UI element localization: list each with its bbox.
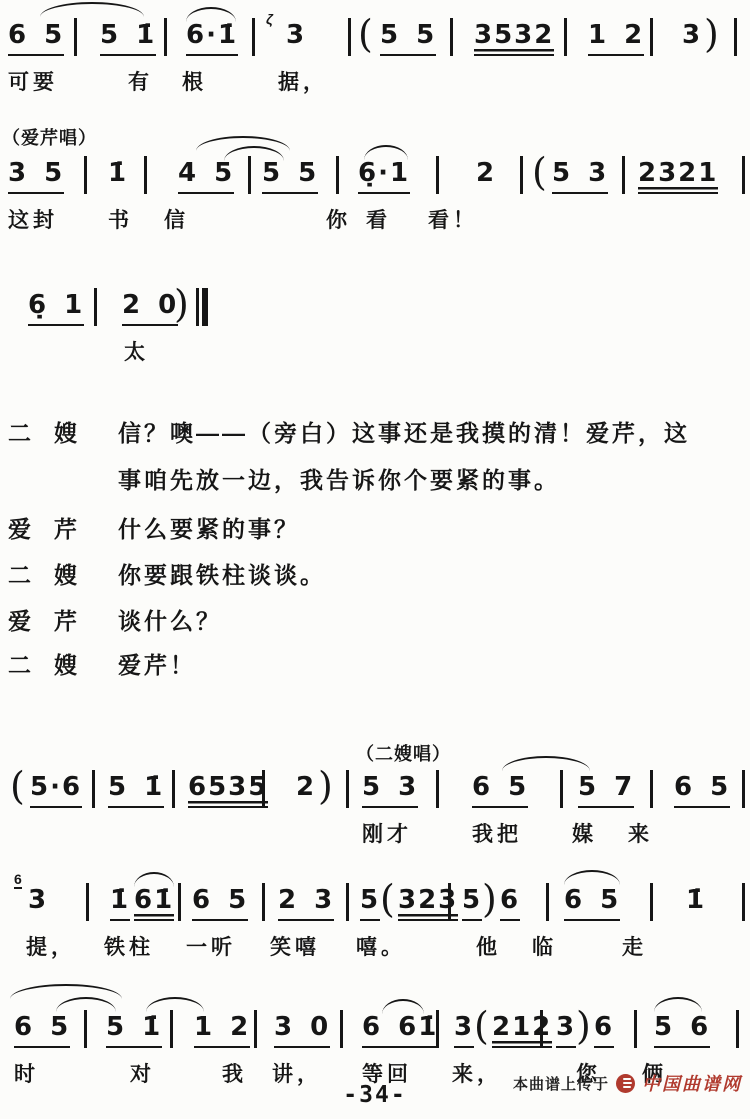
barline <box>84 156 87 194</box>
barline <box>564 18 567 56</box>
barline <box>92 770 95 808</box>
note-group: 5 7 <box>578 772 634 808</box>
slur-arc <box>502 756 590 771</box>
watermark-prefix-text: 本曲谱上传于 <box>513 1073 609 1094</box>
lyric-text: 铁柱 <box>104 931 154 961</box>
lyric-text: 走 <box>622 931 647 961</box>
barline <box>734 18 737 56</box>
system-1: 6 55 1̇6·1̇ζ3(5 535321 23)可要有根据， <box>0 20 750 104</box>
barline <box>650 18 653 56</box>
barline <box>254 1010 257 1048</box>
note-group: 6 5 <box>8 20 64 56</box>
dialogue-text: 谈什么？ <box>118 603 222 636</box>
note-group: 6 5 <box>564 885 620 921</box>
note-group: 6̣·1 <box>358 158 410 194</box>
lyric-text: 书 <box>108 204 133 234</box>
music-paren: ) <box>576 1005 591 1047</box>
slur-arc <box>382 999 424 1014</box>
note-group: 3532 <box>474 20 554 56</box>
singer-label: （爱芹唱） <box>2 124 97 150</box>
lyric-text: 嘻。 <box>356 931 406 961</box>
singer-label: （二嫂唱） <box>356 740 451 766</box>
barline <box>520 156 523 194</box>
barline <box>248 156 251 194</box>
final-barline <box>196 288 208 326</box>
dialogue-row: 爱 芹谈什么？ <box>0 603 750 643</box>
barline <box>436 156 439 194</box>
sheet-music-page: 6 55 1̇6·1̇ζ3(5 535321 23)可要有根据，3 51̇4 5… <box>0 0 750 1119</box>
music-paren: ( <box>10 765 25 807</box>
note-group: 5 <box>462 885 482 921</box>
dialogue-text: 事咱先放一边，我告诉你个要紧的事。 <box>118 462 560 495</box>
lyric-text: 据， <box>278 66 328 96</box>
note-group: 1̇ <box>108 158 128 194</box>
music-paren: ( <box>474 1005 489 1047</box>
barline <box>742 883 745 921</box>
barline <box>252 18 255 56</box>
note-group: 3 <box>556 1012 576 1048</box>
system-2: 3 51̇4 55 56̣·12(5 32321这封书信你看看！（爱芹唱） <box>0 158 750 242</box>
barline <box>560 770 563 808</box>
note-group: 1̇ <box>686 885 706 921</box>
note-group: 6 5 <box>674 772 730 808</box>
lyric-text: 可要 <box>8 66 58 96</box>
slur-arc <box>364 145 408 160</box>
note-group: 61̇ <box>134 885 174 921</box>
speaker-name: 二 嫂 <box>8 647 77 680</box>
note-group: 1̇ <box>110 885 130 921</box>
lyric-text: 提， <box>26 931 76 961</box>
barline <box>622 156 625 194</box>
barline <box>736 1010 739 1048</box>
lyric-text: 看 <box>366 204 391 234</box>
speaker-name: 爱 芹 <box>8 603 77 636</box>
note-group: 2 0 <box>122 290 178 326</box>
dialogue-row: 二 嫂爱芹！ <box>0 647 750 687</box>
note-group: 6·1̇ <box>186 20 238 56</box>
note-group: 6 <box>594 1012 614 1048</box>
note-group: 5·6 <box>30 772 82 808</box>
note-group: 6 5 <box>192 885 248 921</box>
slur-arc <box>40 2 144 17</box>
note-group: 5 1̇ <box>108 772 164 808</box>
note-group: 6 61̇ <box>362 1012 438 1048</box>
system-3: 6̣ 12 0)太 <box>0 290 750 374</box>
watermark: 本曲谱上传于 中国曲谱网 <box>513 1070 742 1096</box>
note-group: 5 1̇ <box>100 20 156 56</box>
speaker-name: 爱 芹 <box>8 511 77 544</box>
note-group: 2321 <box>638 158 718 194</box>
note-group: 3 <box>286 20 306 56</box>
slur-arc <box>564 870 620 885</box>
note-group: 3 5 <box>8 158 64 194</box>
note-group: 3 0 <box>274 1012 330 1048</box>
note-group: 2 <box>476 158 496 194</box>
note-group: 6 <box>500 885 520 921</box>
note-group: 5 <box>360 885 380 921</box>
slur-arc <box>186 7 236 22</box>
watermark-site-name: 中国曲谱网 <box>642 1070 742 1096</box>
barline <box>450 18 453 56</box>
dialogue-text: 信？噢——（旁白）这事还是我摸的清！爱芹，这 <box>118 415 690 448</box>
barline <box>172 770 175 808</box>
barline <box>634 1010 637 1048</box>
barline <box>546 883 549 921</box>
dialogue-row: 事咱先放一边，我告诉你个要紧的事。 <box>0 462 750 502</box>
note-group: 2 3 <box>278 885 334 921</box>
note-group: 212 <box>492 1012 552 1048</box>
lyric-text: 太 <box>124 336 149 366</box>
note-group: 5 3 <box>362 772 418 808</box>
lyric-text: 刚才 <box>362 818 412 848</box>
dialogue-row: 二 嫂信？噢——（旁白）这事还是我摸的清！爱芹，这 <box>0 415 750 455</box>
music-paren: ) <box>174 283 189 325</box>
barline <box>262 883 265 921</box>
barline <box>262 770 265 808</box>
lyric-text: 你 <box>326 204 351 234</box>
barline <box>540 1010 543 1048</box>
barline <box>74 18 77 56</box>
barline <box>742 770 745 808</box>
lyric-text: 信 <box>164 204 189 234</box>
lyric-text: 根 <box>182 66 207 96</box>
dialogue-text: 什么要紧的事？ <box>118 511 300 544</box>
lyric-text: 看！ <box>428 204 478 234</box>
barline <box>178 883 181 921</box>
slur-arc <box>134 872 174 887</box>
music-paren: ( <box>532 151 547 193</box>
lyric-text: 笑嘻 <box>270 931 320 961</box>
barline <box>164 18 167 56</box>
grace-note: 6 <box>14 872 22 889</box>
system-4: (5·65 1̇65352)5 36 55 76 5刚才我把媒来（二嫂唱） <box>0 772 750 856</box>
slur-arc <box>10 984 122 999</box>
barline <box>348 18 351 56</box>
barline <box>346 770 349 808</box>
barline <box>448 883 451 921</box>
dialogue-row: 爱 芹什么要紧的事？ <box>0 511 750 551</box>
lyric-text: 他 <box>476 931 501 961</box>
lyric-text: 我把 <box>472 818 522 848</box>
barline <box>436 770 439 808</box>
note-group: 2 <box>296 772 316 808</box>
lyric-text: 一听 <box>186 931 236 961</box>
barline <box>650 770 653 808</box>
note-group: 3 <box>454 1012 474 1048</box>
note-group: 6̣ 1 <box>28 290 84 326</box>
note-group: 5 5 <box>262 158 318 194</box>
dialogue-row: 二 嫂你要跟铁柱谈谈。 <box>0 557 750 597</box>
note-group: 5 1̇ <box>106 1012 162 1048</box>
music-paren: ( <box>358 13 373 55</box>
barline <box>650 883 653 921</box>
barline <box>86 883 89 921</box>
barline <box>742 156 745 194</box>
note-group: 3 <box>682 20 702 56</box>
barline <box>340 1010 343 1048</box>
slur-arc <box>654 997 702 1012</box>
slur-arc <box>146 997 204 1012</box>
note-group: 6535 <box>188 772 268 808</box>
barline <box>170 1010 173 1048</box>
dialogue-text: 你要跟铁柱谈谈。 <box>118 557 326 590</box>
lyric-text: 来 <box>628 818 653 848</box>
slur-arc <box>56 997 116 1012</box>
lyric-text: 临 <box>532 931 557 961</box>
barline <box>84 1010 87 1048</box>
lyric-text: 媒 <box>572 818 597 848</box>
qupu-site-logo-icon <box>616 1074 635 1093</box>
dialogue-text: 爱芹！ <box>118 647 196 680</box>
note-group: 3 <box>28 885 48 921</box>
ornament-mark: ζ <box>266 11 273 27</box>
system-5: 631̇61̇6 52 35(3235)66 51̇提，铁柱一听笑嘻嘻。他临走 <box>0 885 750 969</box>
note-group: 5 6 <box>654 1012 710 1048</box>
note-group: 1 2 <box>194 1012 250 1048</box>
barline <box>336 156 339 194</box>
music-paren: ) <box>482 878 497 920</box>
speaker-name: 二 嫂 <box>8 415 77 448</box>
music-paren: ) <box>704 13 719 55</box>
music-paren: ) <box>318 765 333 807</box>
note-group: 6 5 <box>14 1012 70 1048</box>
note-group: 1 2 <box>588 20 644 56</box>
lyric-text: 有 <box>128 66 153 96</box>
barline <box>144 156 147 194</box>
note-group: 4 5 <box>178 158 234 194</box>
note-group: 5 5 <box>380 20 436 56</box>
speaker-name: 二 嫂 <box>8 557 77 590</box>
note-group: 5 3 <box>552 158 608 194</box>
barline <box>94 288 97 326</box>
note-group: 6 5 <box>472 772 528 808</box>
lyric-text: 这封 <box>8 204 58 234</box>
barline <box>346 883 349 921</box>
music-paren: ( <box>380 878 395 920</box>
barline <box>436 1010 439 1048</box>
